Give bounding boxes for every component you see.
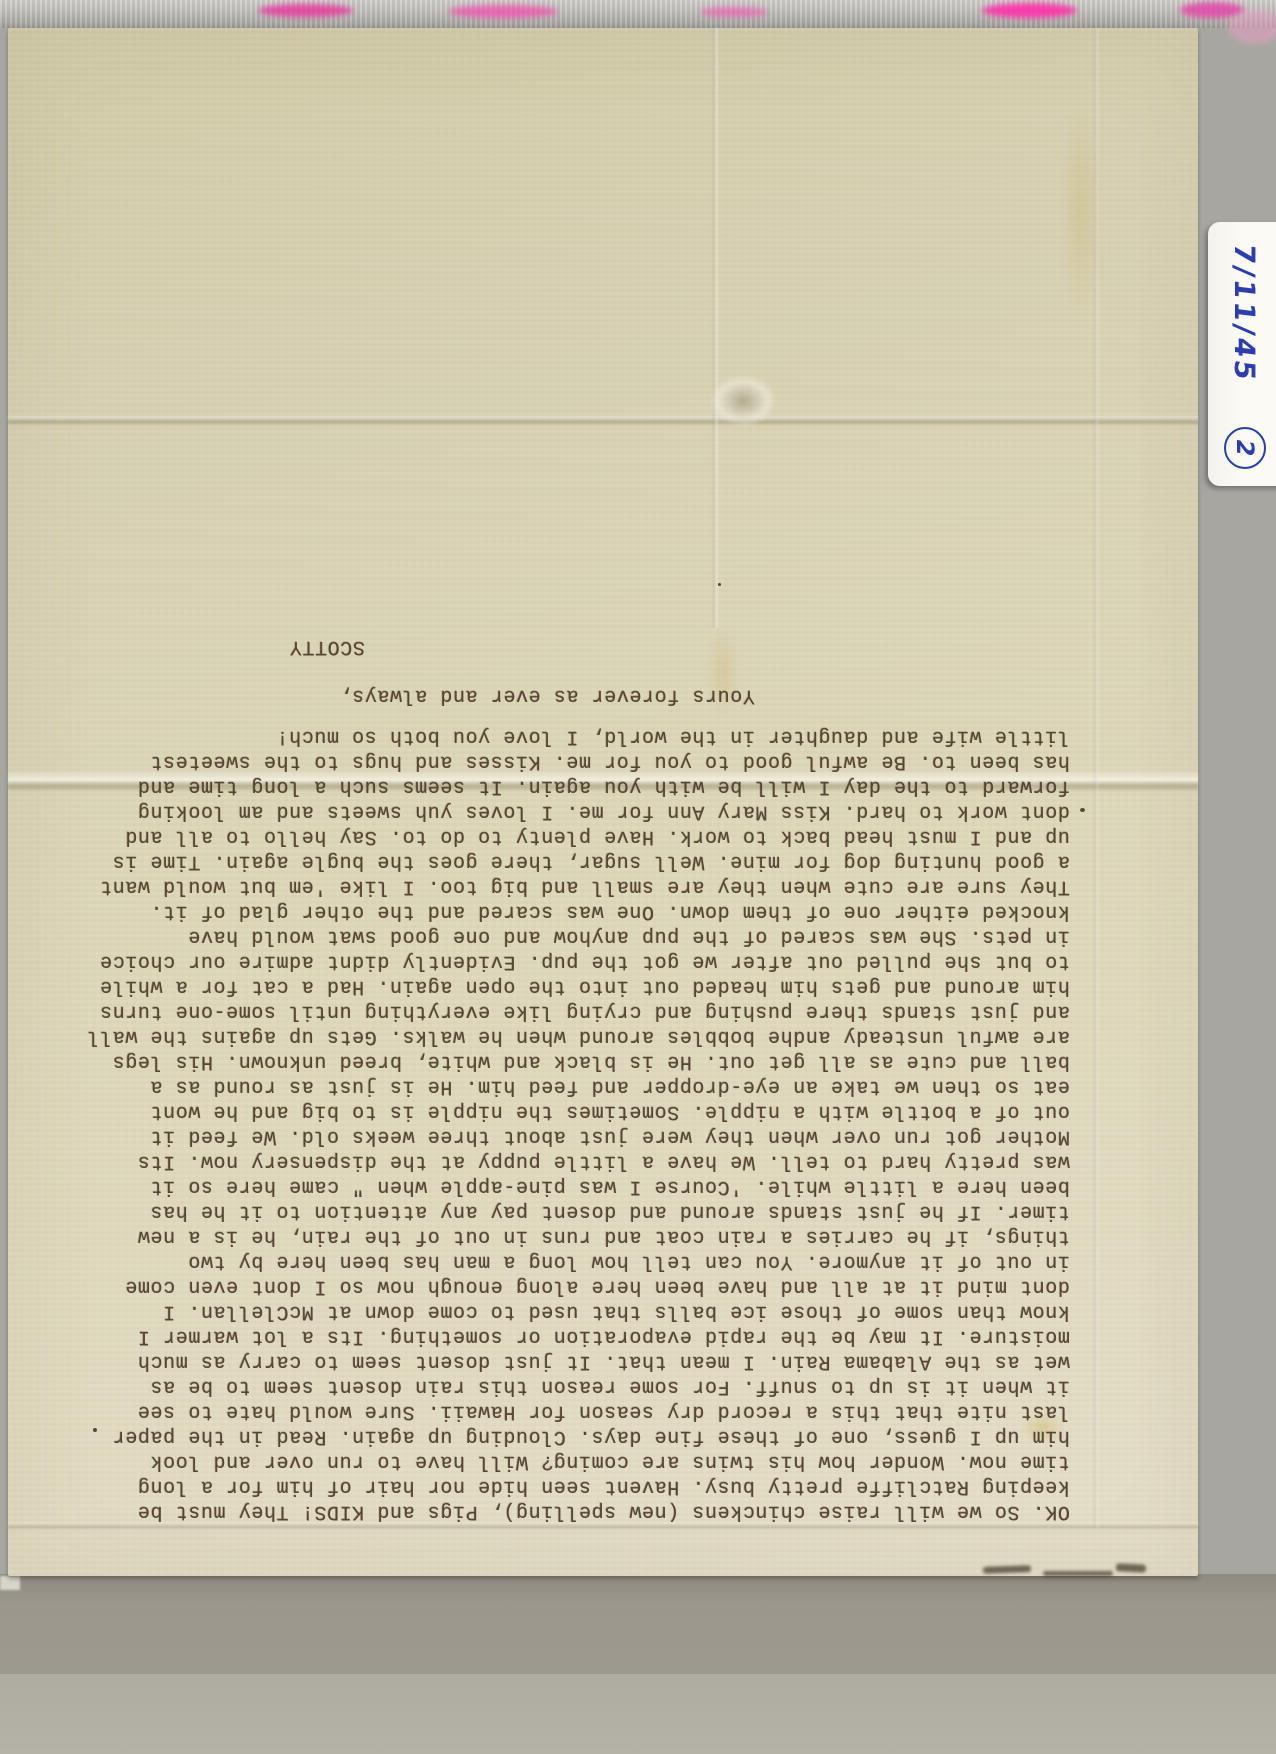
- letter-line: a good hunting dog for mine. Well sugar,…: [68, 849, 1070, 874]
- paper-corner-sliver: [0, 1576, 20, 1590]
- letter-line: know than some of those ice balls that u…: [68, 1299, 1070, 1324]
- letter-line: forward to the day I will be with you ag…: [68, 774, 1070, 799]
- letter-line: wet as the Alabama Rain. I mean that. It…: [68, 1349, 1070, 1374]
- letter-line: dont work to hard. Kiss Mary Ann for me.…: [68, 799, 1070, 824]
- letter-line: him around and gets him headed out into …: [68, 974, 1070, 999]
- label-date: 7/11/45: [1228, 243, 1261, 415]
- letter-signature: SCOTTY: [68, 634, 1070, 659]
- sleeve-texture: [0, 0, 1276, 28]
- highlighter-mark: [700, 7, 768, 17]
- letter-line: ball and cute as all get out. He is blac…: [68, 1049, 1070, 1074]
- letter-line: it when it is up to snuff. For some reas…: [68, 1374, 1070, 1399]
- label-page-number-circled: 2: [1224, 427, 1266, 469]
- scanned-letter-page: OK. So we will raise chinckens (new spel…: [0, 0, 1276, 1754]
- letter-line: Mother got run over when they were just …: [68, 1124, 1070, 1149]
- letter-line: little wife and daughter in the world, I…: [68, 724, 1070, 749]
- letter-line: been here a little while. 'Course I was …: [68, 1174, 1070, 1199]
- letter-content-upside-down: OK. So we will raise chinckens (new spel…: [8, 28, 1198, 1576]
- letter-body: OK. So we will raise chinckens (new spel…: [68, 724, 1070, 1524]
- scanner-background-light-band: [0, 1674, 1276, 1754]
- letter-line: moisture. It may be the rapid evaporatio…: [68, 1324, 1070, 1349]
- letter-line: in pets. She was scared of the pup anyho…: [68, 924, 1070, 949]
- sleeve-top-edge: [0, 0, 1276, 28]
- letter-line: OK. So we will raise chinckens (new spel…: [68, 1499, 1070, 1524]
- letter-line: time now. Wonder how his twins are comin…: [68, 1449, 1070, 1474]
- scanner-background-dark-band: [0, 1574, 1276, 1674]
- letter-line: keeping Ratcliffe pretty busy. Havent se…: [68, 1474, 1070, 1499]
- letter-line: dont mind it at all and have been here a…: [68, 1274, 1070, 1299]
- highlighter-mark: [448, 5, 558, 18]
- letter-line: out of a bottle with a nipple. Sometimes…: [68, 1099, 1070, 1124]
- letter-line: They sure are cute when they are small a…: [68, 874, 1070, 899]
- letter-line: in out of it anymore. You can tell how l…: [68, 1249, 1070, 1274]
- letter-closing: Yours forever as ever and always,: [68, 683, 1070, 708]
- letter-line: eat so then we take an eye-dropper and f…: [68, 1074, 1070, 1099]
- letter-line: to but she pulled out after we got the p…: [68, 949, 1070, 974]
- letter-line: has been to. Be awful good to you for me…: [68, 749, 1070, 774]
- letter-line: up and I must head back to work. Have pl…: [68, 824, 1070, 849]
- letter-line: and just stands there pushing and crying…: [68, 999, 1070, 1024]
- letter-line: knocked either one of them down. One was…: [68, 899, 1070, 924]
- highlighter-mark: [1228, 10, 1276, 44]
- letter-paper: OK. So we will raise chinckens (new spel…: [8, 28, 1198, 1576]
- letter-line: him up I guess, one of these fine days. …: [68, 1424, 1070, 1449]
- letter-line: are awful unsteady andhe bobbles around …: [68, 1024, 1070, 1049]
- letter-line: timer. If he just stands around and dose…: [68, 1199, 1070, 1224]
- highlighter-mark: [258, 4, 353, 17]
- letter-line: was pretty hard to tell. We have a littl…: [68, 1149, 1070, 1174]
- letter-line: last nite that this a record dry season …: [68, 1399, 1070, 1424]
- letter-line: things, if he carries a rain coat and ru…: [68, 1224, 1070, 1249]
- archival-label-sticker: 7/11/45 2: [1208, 222, 1276, 486]
- highlighter-mark: [982, 3, 1077, 18]
